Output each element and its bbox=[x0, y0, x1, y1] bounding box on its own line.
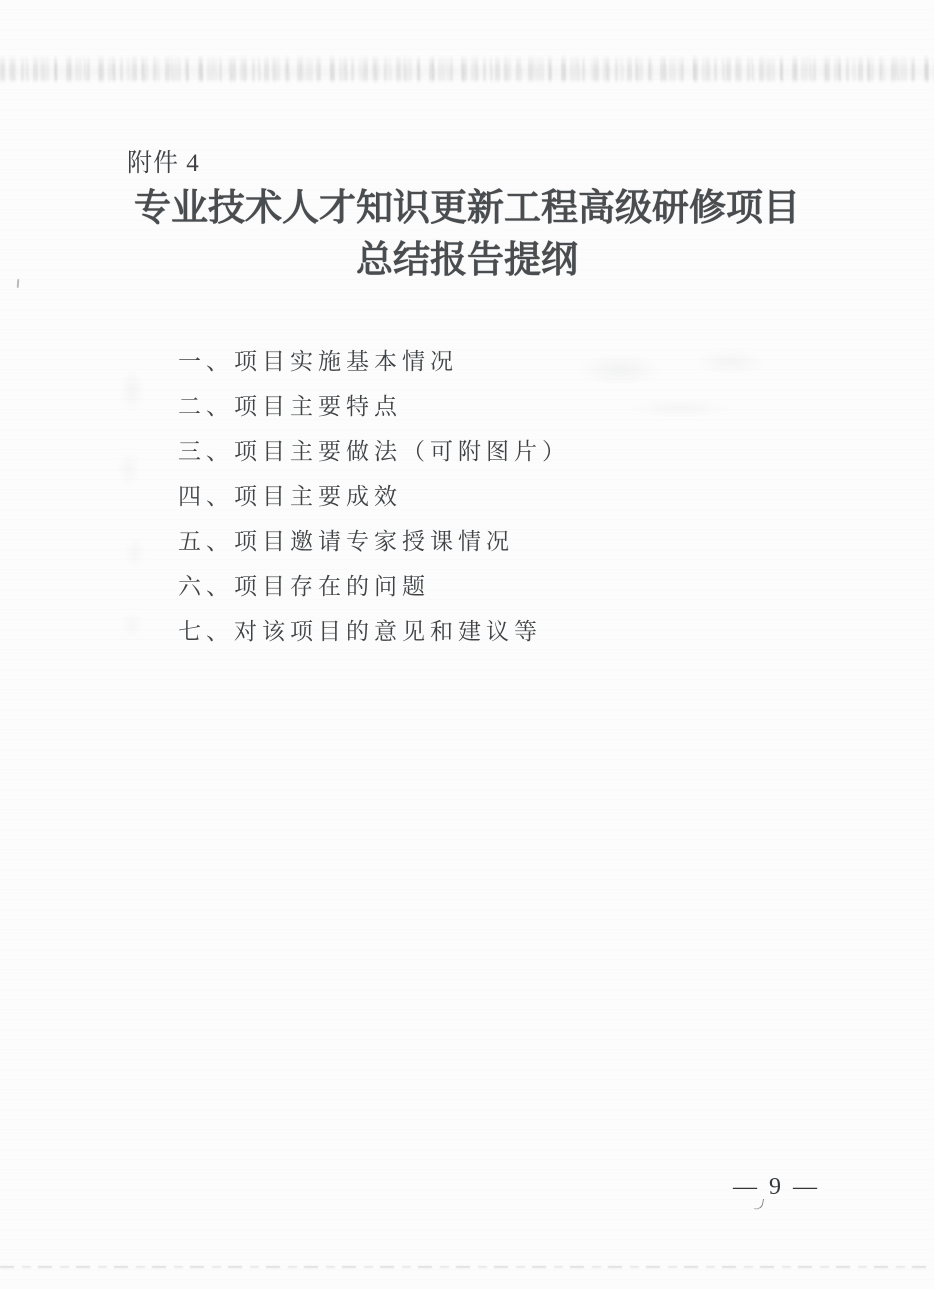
page-number: — 9 — bbox=[0, 1174, 820, 1201]
document-title-line-2: 总结报告提纲 bbox=[0, 235, 934, 287]
outline-item-3: 三、项目主要做法（可附图片） bbox=[178, 429, 570, 474]
outline-item-1: 一、项目实施基本情况 bbox=[178, 339, 570, 384]
outline-item-4: 四、项目主要成效 bbox=[178, 474, 570, 519]
scan-noise-line bbox=[0, 1266, 934, 1268]
scanned-document-page: 附件 4 专业技术人才知识更新工程高级研修项目 总结报告提纲 一、项目实施基本情… bbox=[0, 0, 934, 1289]
outline-item-5: 五、项目邀请专家授课情况 bbox=[178, 519, 570, 564]
outline-item-6: 六、项目存在的问题 bbox=[178, 564, 570, 609]
bleed-through-smudge bbox=[545, 320, 845, 430]
document-title: 专业技术人才知识更新工程高级研修项目 总结报告提纲 bbox=[0, 183, 934, 287]
outline-item-2: 二、项目主要特点 bbox=[178, 384, 570, 429]
attachment-label: 附件 4 bbox=[127, 143, 200, 179]
document-title-line-1: 专业技术人才知识更新工程高级研修项目 bbox=[0, 183, 934, 235]
outline-list: 一、项目实施基本情况 二、项目主要特点 三、项目主要做法（可附图片） 四、项目主… bbox=[178, 339, 570, 654]
scan-noise-band bbox=[0, 54, 934, 84]
left-margin-smudge bbox=[102, 355, 162, 655]
outline-item-7: 七、对该项目的意见和建议等 bbox=[178, 609, 570, 654]
